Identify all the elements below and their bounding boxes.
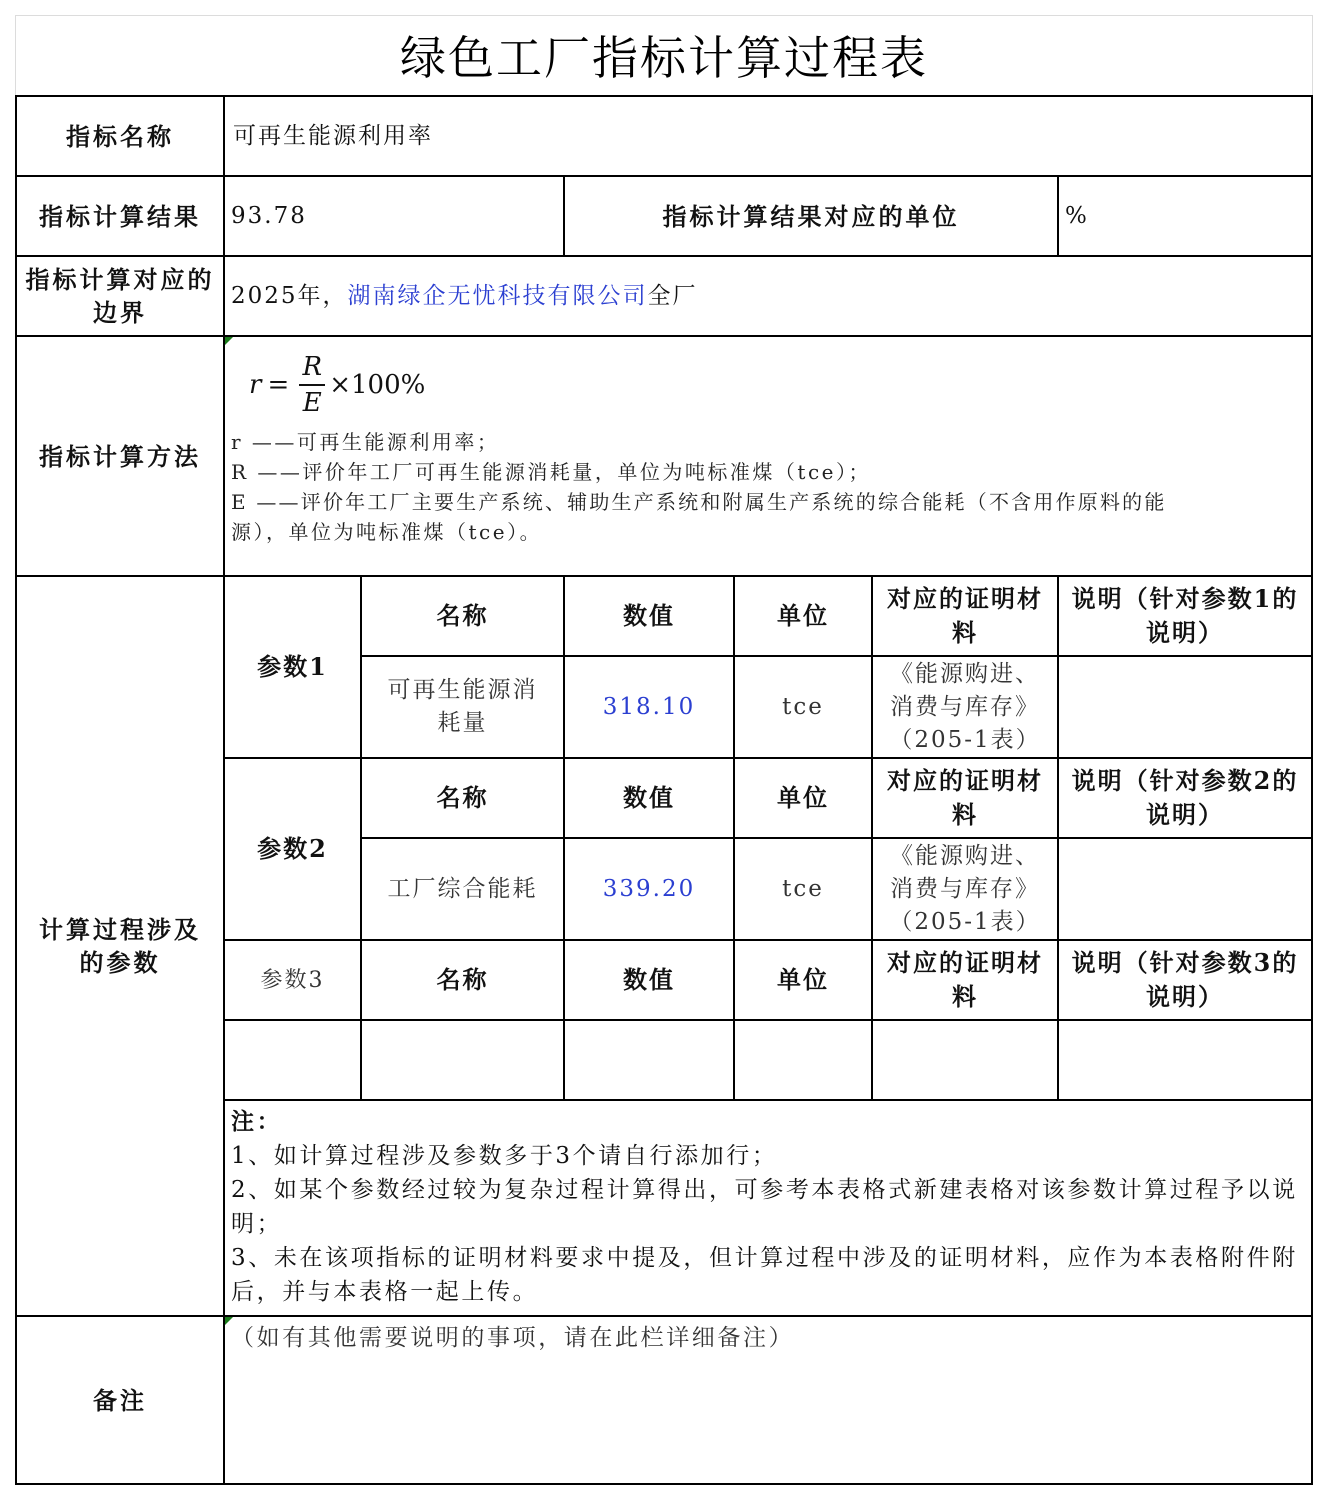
param1-unit[interactable]: tce (733, 655, 873, 759)
page-title: 绿色工厂指标计算过程表 (16, 30, 1312, 86)
formula-fraction: R E (299, 352, 325, 418)
note-3: 3、未在该项指标的证明材料要求中提及，但计算过程中涉及的证明材料，应作为本表格附… (231, 1241, 1305, 1309)
note-2: 2、如某个参数经过较为复杂过程计算得出，可参考本表格式新建表格对该参数计算过程予… (231, 1173, 1305, 1241)
parameter-notes: 注： 1、如计算过程涉及参数多于3个请自行添加行； 2、如某个参数经过较为复杂过… (223, 1099, 1313, 1317)
boundary-year: 2025年， (231, 280, 348, 313)
definition-r: r ——可再生能源利用率； (231, 427, 499, 457)
remarks-placeholder: （如有其他需要说明的事项，请在此栏详细备注） (231, 1321, 794, 1355)
param2-header-value: 数值 (563, 757, 735, 839)
param3-header-evidence: 对应的证明材料 (871, 939, 1059, 1021)
boundary-scope: 全厂 (648, 280, 698, 313)
param1-header-evidence: 对应的证明材料 (871, 575, 1059, 657)
param1-label: 参数1 (223, 575, 362, 759)
param3-note[interactable] (1057, 1019, 1313, 1101)
definition-E-cont: 源），单位为吨标准煤（tce）。 (231, 517, 542, 547)
param1-header-unit: 单位 (733, 575, 873, 657)
definition-R: R ——评价年工厂可再生能源消耗量，单位为吨标准煤（tce）； (231, 457, 871, 487)
fraction-bar (299, 384, 325, 386)
formula-equals: = (267, 370, 289, 400)
param3-unit[interactable] (733, 1019, 873, 1101)
param2-name[interactable]: 工厂综合能耗 (360, 837, 565, 941)
calculation-sheet: 绿色工厂指标计算过程表 指标名称 可再生能源利用率 指标计算结果 93.78 指… (15, 15, 1313, 1485)
param2-evidence[interactable]: 《能源购进、消费与库存》（205-1表） (871, 837, 1059, 941)
definition-E: E ——评价年工厂主要生产系统、辅助生产系统和附属生产系统的综合能耗（不含用作原… (231, 487, 1167, 517)
boundary-value[interactable]: 2025年，湖南绿企无忧科技有限公司全厂 (223, 255, 1313, 337)
param3-name[interactable] (360, 1019, 565, 1101)
param3-header-note: 说明（针对参数3的说明） (1057, 939, 1313, 1021)
result-unit-label: 指标计算结果对应的单位 (563, 175, 1059, 257)
indicator-name-label: 指标名称 (15, 95, 225, 177)
param2-header-name: 名称 (360, 757, 565, 839)
result-unit-value[interactable]: % (1057, 175, 1313, 257)
param3-empty-label[interactable] (223, 1019, 362, 1101)
param1-evidence[interactable]: 《能源购进、消费与库存》（205-1表） (871, 655, 1059, 759)
title-row: 绿色工厂指标计算过程表 (15, 15, 1313, 96)
param2-label: 参数2 (223, 757, 362, 941)
parameters-label: 计算过程涉及的参数 (15, 575, 225, 1317)
param3-value[interactable] (563, 1019, 735, 1101)
method-content[interactable]: r = R E ×100% r ——可再生能源利用率； R ——评价年工厂可再生… (223, 335, 1313, 577)
param1-header-value: 数值 (563, 575, 735, 657)
param3-header-value: 数值 (563, 939, 735, 1021)
param2-header-note: 说明（针对参数2的说明） (1057, 757, 1313, 839)
param3-header-name: 名称 (360, 939, 565, 1021)
param2-value[interactable]: 339.20 (563, 837, 735, 941)
result-label: 指标计算结果 (15, 175, 225, 257)
boundary-company: 湖南绿企无忧科技有限公司 (348, 280, 648, 313)
notes-heading: 注： (231, 1105, 282, 1139)
param3-label: 参数3 (223, 939, 362, 1021)
param1-header-name: 名称 (360, 575, 565, 657)
formula-denominator: E (303, 388, 322, 418)
param1-header-note: 说明（针对参数1的说明） (1057, 575, 1313, 657)
param3-header-unit: 单位 (733, 939, 873, 1021)
param3-evidence[interactable] (871, 1019, 1059, 1101)
comment-marker-icon (225, 337, 233, 345)
param2-unit[interactable]: tce (733, 837, 873, 941)
comment-marker-icon (225, 1317, 233, 1325)
formula-numerator: R (302, 352, 322, 382)
formula: r = R E ×100% (249, 343, 425, 427)
method-label: 指标计算方法 (15, 335, 225, 577)
param1-value[interactable]: 318.10 (563, 655, 735, 759)
param2-header-unit: 单位 (733, 757, 873, 839)
result-value[interactable]: 93.78 (223, 175, 565, 257)
param1-name[interactable]: 可再生能源消耗量 (360, 655, 565, 759)
param1-note[interactable] (1057, 655, 1313, 759)
formula-multiplier: ×100% (329, 370, 425, 400)
boundary-label: 指标计算对应的边界 (15, 255, 225, 337)
param2-header-evidence: 对应的证明材料 (871, 757, 1059, 839)
param2-note[interactable] (1057, 837, 1313, 941)
indicator-name-value[interactable]: 可再生能源利用率 (223, 95, 1313, 177)
note-1: 1、如计算过程涉及参数多于3个请自行添加行； (231, 1139, 777, 1173)
formula-lhs: r (249, 370, 261, 400)
remarks-label: 备注 (15, 1315, 225, 1485)
remarks-field[interactable]: （如有其他需要说明的事项，请在此栏详细备注） (223, 1315, 1313, 1485)
